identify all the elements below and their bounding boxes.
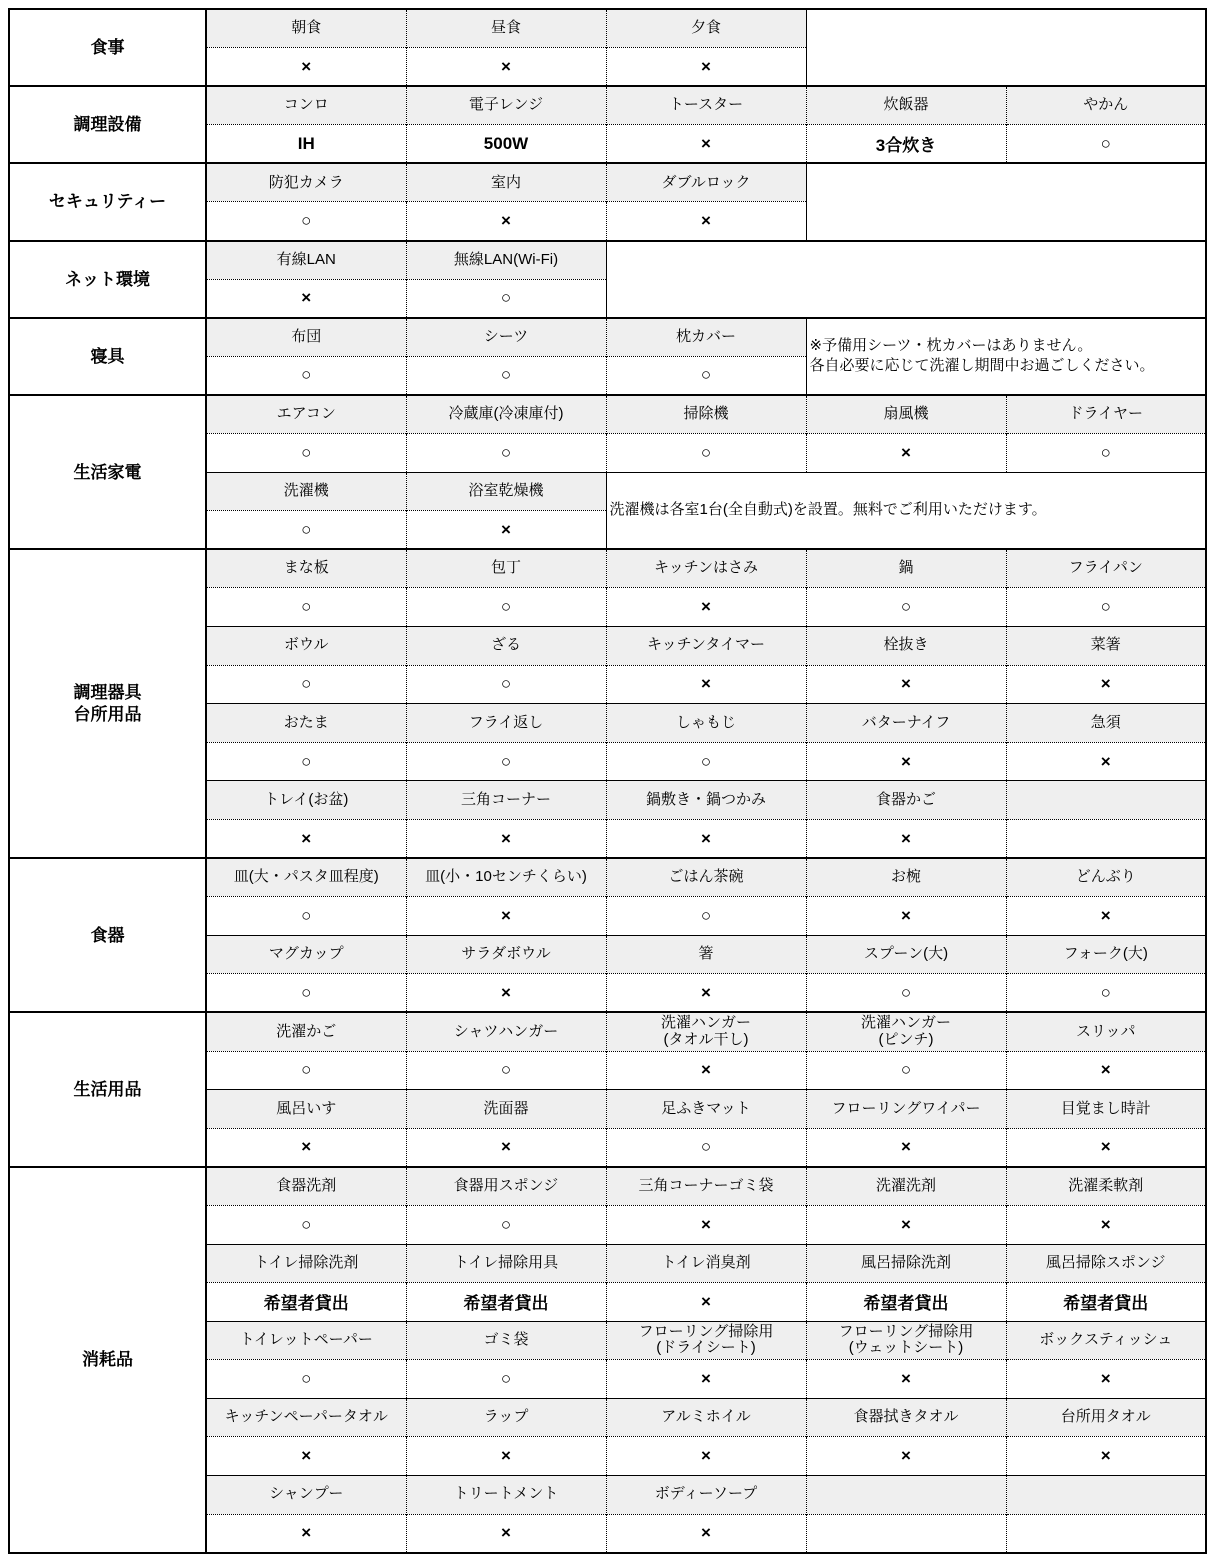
item-label: トイレ掃除洗剤 [206,1244,406,1283]
category-label: 生活用品 [9,1012,206,1166]
item-value: ○ [206,356,406,395]
item-label: ラップ [406,1398,606,1437]
item-value: × [206,279,406,318]
item-label: 包丁 [406,549,606,588]
item-label: キッチンはさみ [606,549,806,588]
item-label: ゴミ袋 [406,1321,606,1360]
item-label: 風呂掃除洗剤 [806,1244,1006,1283]
item-value: × [1006,742,1206,781]
item-value: × [806,1437,1006,1476]
category-label: 調理設備 [9,86,206,163]
item-value: × [606,588,806,627]
item-value: × [606,1360,806,1399]
item-value: ○ [406,434,606,473]
item-label: 足ふきマット [606,1090,806,1129]
item-value: × [806,1360,1006,1399]
item-label [806,1476,1006,1515]
item-label: 冷蔵庫(冷凍庫付) [406,395,606,434]
item-value: × [406,48,606,87]
item-label: 洗濯機 [206,472,406,511]
item-label: 洗濯柔軟剤 [1006,1167,1206,1206]
category-label: 消耗品 [9,1167,206,1553]
amenities-page: 食事朝食昼食夕食×××調理設備コンロ電子レンジトースター炊飯器やかんIH500W… [0,0,1213,1480]
item-value: × [1006,1051,1206,1090]
category-label: 食器 [9,858,206,1012]
item-label: 昼食 [406,9,606,48]
item-value: × [606,1514,806,1553]
note-text: ※予備用シーツ・枕カバーはありません。 各自必要に応じて洗濯し期間中お過ごしくだ… [806,318,1206,395]
item-label: 皿(大・パスタ皿程度) [206,858,406,897]
category-label: 寝具 [9,318,206,395]
item-label: 食器洗剤 [206,1167,406,1206]
item-label: バターナイフ [806,704,1006,743]
item-value: × [806,1205,1006,1244]
item-value: × [606,202,806,241]
item-value: × [806,665,1006,704]
item-label: 枕カバー [606,318,806,357]
item-label: フローリング掃除用 (ドライシート) [606,1321,806,1360]
item-value: ○ [206,1360,406,1399]
item-value: ○ [206,1051,406,1090]
item-label: キッチンペーパータオル [206,1398,406,1437]
item-value: × [406,1514,606,1553]
item-label: 鍋敷き・鍋つかみ [606,781,806,820]
item-label: やかん [1006,86,1206,125]
item-label: 洗濯ハンガー (タオル干し) [606,1012,806,1051]
item-label: お椀 [806,858,1006,897]
item-value: ○ [606,356,806,395]
item-value: × [606,1437,806,1476]
item-label: シャンプー [206,1476,406,1515]
item-label: 無線LAN(Wi-Fi) [406,241,606,280]
item-label: キッチンタイマー [606,627,806,666]
item-label: 風呂いす [206,1090,406,1129]
item-label: 浴室乾燥機 [406,472,606,511]
empty-cell [606,241,1206,318]
item-label: 食器拭きタオル [806,1398,1006,1437]
category-label: 生活家電 [9,395,206,549]
item-label: トイレ掃除用具 [406,1244,606,1283]
item-value: × [606,974,806,1013]
item-label: トリートメント [406,1476,606,1515]
item-value: ○ [206,974,406,1013]
item-value: ○ [406,665,606,704]
item-value: × [1006,1205,1206,1244]
item-value: × [1006,1360,1206,1399]
item-label: マグカップ [206,935,406,974]
item-value: × [206,1437,406,1476]
item-label: おたま [206,704,406,743]
empty-cell [806,9,1206,86]
item-label: アルミホイル [606,1398,806,1437]
item-label: トレイ(お盆) [206,781,406,820]
item-label [1006,781,1206,820]
item-label: 三角コーナー [406,781,606,820]
category-label: 食事 [9,9,206,86]
item-value: IH [206,125,406,164]
item-label: 電子レンジ [406,86,606,125]
item-label: フライパン [1006,549,1206,588]
item-label: フローリングワイパー [806,1090,1006,1129]
item-label: 布団 [206,318,406,357]
item-label: サラダボウル [406,935,606,974]
item-value: × [1006,665,1206,704]
item-value: ○ [206,1205,406,1244]
item-label: トースター [606,86,806,125]
item-value: ○ [806,974,1006,1013]
item-label: 掃除機 [606,395,806,434]
item-value: × [406,897,606,936]
item-label: ボックスティッシュ [1006,1321,1206,1360]
item-value [1006,1514,1206,1553]
item-value: ○ [406,1205,606,1244]
item-value: 500W [406,125,606,164]
item-value: ○ [206,434,406,473]
item-value: ○ [606,1128,806,1167]
item-label: 台所用タオル [1006,1398,1206,1437]
item-label: どんぶり [1006,858,1206,897]
item-value: ○ [406,1051,606,1090]
item-label: スプーン(大) [806,935,1006,974]
item-value: × [206,819,406,858]
item-value: ○ [606,742,806,781]
category-label: ネット環境 [9,241,206,318]
empty-cell [806,163,1206,240]
item-label: 洗濯ハンガー (ピンチ) [806,1012,1006,1051]
item-value: × [406,202,606,241]
item-label: 風呂掃除スポンジ [1006,1244,1206,1283]
item-label: シーツ [406,318,606,357]
item-value: × [806,819,1006,858]
item-value: × [606,48,806,87]
item-label: ボディーソープ [606,1476,806,1515]
item-value: × [206,48,406,87]
category-label: セキュリティー [9,163,206,240]
item-label: ドライヤー [1006,395,1206,434]
amenities-table-body: 食事朝食昼食夕食×××調理設備コンロ電子レンジトースター炊飯器やかんIH500W… [9,9,1206,1553]
item-value: ○ [206,202,406,241]
item-value: ○ [206,588,406,627]
item-label: 洗濯かご [206,1012,406,1051]
item-value: 希望者貸出 [406,1283,606,1322]
item-value: ○ [1006,125,1206,164]
item-value: × [606,665,806,704]
item-label: 夕食 [606,9,806,48]
item-value: ○ [206,897,406,936]
item-value: ○ [806,588,1006,627]
item-value: × [606,1283,806,1322]
item-label: 食器用スポンジ [406,1167,606,1206]
item-label: まな板 [206,549,406,588]
item-value: × [206,1128,406,1167]
item-label: 目覚まし時計 [1006,1090,1206,1129]
item-label: トイレ消臭剤 [606,1244,806,1283]
item-value: ○ [406,742,606,781]
item-value [1006,819,1206,858]
item-label: シャツハンガー [406,1012,606,1051]
item-label: フライ返し [406,704,606,743]
item-value: ○ [606,897,806,936]
item-label: ダブルロック [606,163,806,202]
note-text: 洗濯機は各室1台(全自動式)を設置。無料でご利用いただけます。 [606,472,1206,549]
item-value: ○ [406,588,606,627]
item-value [806,1514,1006,1553]
item-label: ボウル [206,627,406,666]
item-value: 3合炊き [806,125,1006,164]
item-value: 希望者貸出 [1006,1283,1206,1322]
item-label: 菜箸 [1006,627,1206,666]
item-value: × [606,1205,806,1244]
item-label: 朝食 [206,9,406,48]
item-value: ○ [806,1051,1006,1090]
item-value: × [406,1128,606,1167]
item-value: × [406,1437,606,1476]
item-label [1006,1476,1206,1515]
item-value: ○ [1006,434,1206,473]
item-label: ざる [406,627,606,666]
item-value: ○ [206,511,406,550]
item-label: 扇風機 [806,395,1006,434]
item-value: ○ [606,434,806,473]
item-value: × [1006,1437,1206,1476]
item-value: × [206,1514,406,1553]
item-value: × [406,819,606,858]
item-label: 鍋 [806,549,1006,588]
item-value: × [606,819,806,858]
item-label: ごはん茶碗 [606,858,806,897]
item-value: × [806,1128,1006,1167]
item-label: フォーク(大) [1006,935,1206,974]
item-value: × [806,742,1006,781]
item-label: 栓抜き [806,627,1006,666]
item-label: 防犯カメラ [206,163,406,202]
item-value: × [406,511,606,550]
item-label: 箸 [606,935,806,974]
item-value: × [806,434,1006,473]
item-value: × [1006,897,1206,936]
item-value: × [1006,1128,1206,1167]
item-label: エアコン [206,395,406,434]
item-label: しゃもじ [606,704,806,743]
item-label: 洗面器 [406,1090,606,1129]
item-value: × [606,125,806,164]
item-value: ○ [206,742,406,781]
category-label: 調理器具 台所用品 [9,549,206,858]
item-label: スリッパ [1006,1012,1206,1051]
item-label: 急須 [1006,704,1206,743]
item-value: ○ [406,279,606,318]
item-label: 炊飯器 [806,86,1006,125]
item-value: ○ [406,1360,606,1399]
item-value: ○ [406,356,606,395]
item-value: ○ [1006,974,1206,1013]
item-label: 三角コーナーゴミ袋 [606,1167,806,1206]
item-label: 皿(小・10センチくらい) [406,858,606,897]
item-value: 希望者貸出 [206,1283,406,1322]
item-value: 希望者貸出 [806,1283,1006,1322]
item-value: × [406,974,606,1013]
item-label: トイレットペーパー [206,1321,406,1360]
item-label: フローリング掃除用 (ウェットシート) [806,1321,1006,1360]
item-value: × [606,1051,806,1090]
item-value: ○ [1006,588,1206,627]
item-value: ○ [206,665,406,704]
item-label: 食器かご [806,781,1006,820]
item-value: × [806,897,1006,936]
item-label: 有線LAN [206,241,406,280]
item-label: 室内 [406,163,606,202]
amenities-table: 食事朝食昼食夕食×××調理設備コンロ電子レンジトースター炊飯器やかんIH500W… [8,8,1207,1554]
item-label: コンロ [206,86,406,125]
item-label: 洗濯洗剤 [806,1167,1006,1206]
